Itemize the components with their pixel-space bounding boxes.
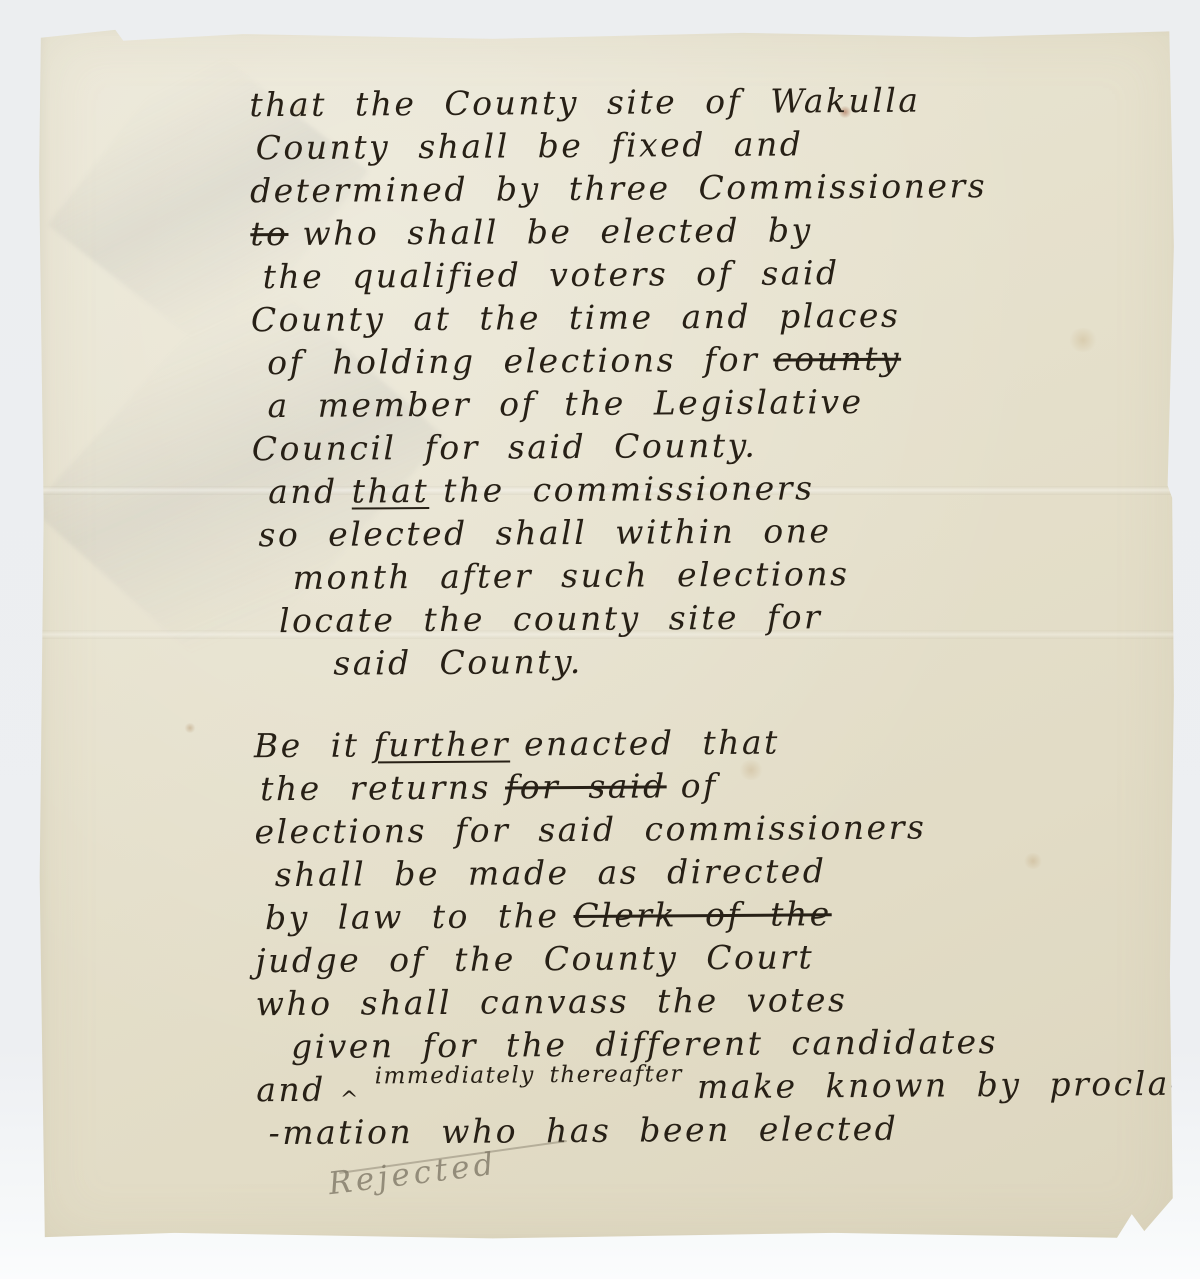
manuscript-line: andthatthe commissioners [268, 464, 1182, 513]
text-segment: determined by three Commissioners [250, 166, 987, 210]
text-segment: County at the time and places [251, 296, 901, 340]
manuscript-line: Council for said County. [252, 421, 1182, 470]
text-segment: by law to the [265, 896, 560, 937]
text-segment: shall be made as directed [275, 851, 827, 894]
text-segment: and [256, 1070, 326, 1109]
text-segment: make known by procla- [697, 1064, 1184, 1106]
manuscript-line: who shall canvass the votes [256, 976, 1186, 1025]
manuscript-line: elections for said commissioners [254, 804, 1184, 853]
text-segment: judge of the County Court [255, 937, 814, 980]
text-segment: County shall be fixed and [256, 124, 804, 167]
manuscript-line: the qualified voters of said [262, 249, 1180, 298]
text-segment: of holding elections for [267, 340, 759, 382]
text-segment: Be it [254, 726, 360, 766]
text-segment: -mation who has been elected [268, 1109, 898, 1152]
text-segment: the qualified voters of said [262, 253, 839, 296]
underlined-text-segment: further [373, 724, 510, 764]
text-segment: the commissioners [443, 468, 815, 510]
text-segment: who shall canvass the votes [256, 980, 848, 1023]
text-segment: that the County site of Wakulla [249, 81, 920, 125]
inserted-text-segment: immediately thereafter [375, 1053, 684, 1098]
pencil-annotation: Rejected [326, 1146, 499, 1202]
text-segment: said County. [333, 642, 583, 683]
manuscript-line: the returnsfor saidof [260, 761, 1184, 810]
text-segment: the returns [260, 768, 491, 809]
text-segment: locate the county site for [279, 597, 823, 640]
manuscript-line: shall be made as directed [275, 847, 1185, 896]
manuscript-line: -mation who has been elected [268, 1105, 1186, 1154]
manuscript-line: County shall be fixed and [256, 120, 1180, 169]
manuscript-line: County at the time and places [251, 292, 1181, 341]
manuscript-paper: that the County site of Wakulla County s… [38, 28, 1175, 1242]
handwritten-text-block: that the County site of Wakulla County s… [249, 77, 1186, 1154]
struck-text-segment: Clerk of the [573, 894, 831, 935]
text-segment: and [268, 472, 338, 511]
manuscript-line: month after such elections [293, 550, 1183, 599]
text-segment: a member of the Legislative [267, 382, 863, 425]
manuscript-line: towho shall be elected by [250, 206, 1180, 255]
struck-text-segment: to [250, 214, 288, 253]
manuscript-line: by law to theClerk of the [265, 890, 1185, 939]
text-segment: month after such elections [293, 554, 850, 597]
manuscript-line: a member of the Legislative [267, 378, 1181, 427]
manuscript-line: and^immediately thereaftermake known by … [256, 1062, 1186, 1111]
paper-stain [184, 723, 196, 733]
manuscript-line: that the County site of Wakulla [249, 77, 1179, 126]
manuscript-line: Be itfurtherenacted that [254, 718, 1184, 767]
text-segment: of [681, 766, 718, 805]
text-segment: enacted that [524, 723, 780, 764]
text-segment: so elected shall within one [258, 511, 831, 554]
text-segment: Council for said County. [252, 426, 758, 469]
manuscript-line: said County. [333, 636, 1183, 685]
manuscript-line: locate the county site for [279, 593, 1183, 642]
struck-text-segment: for said [505, 766, 667, 806]
text-segment: who shall be elected by [302, 210, 812, 253]
manuscript-line: so elected shall within one [258, 507, 1182, 556]
struck-text-segment: county [773, 339, 901, 379]
manuscript-line: determined by three Commissioners [250, 163, 1180, 212]
manuscript-line: of holding elections forcounty [267, 335, 1181, 384]
text-segment: elections for said commissioners [254, 808, 926, 852]
manuscript-line: judge of the County Court [255, 933, 1185, 982]
underlined-text-segment: that [352, 471, 430, 511]
